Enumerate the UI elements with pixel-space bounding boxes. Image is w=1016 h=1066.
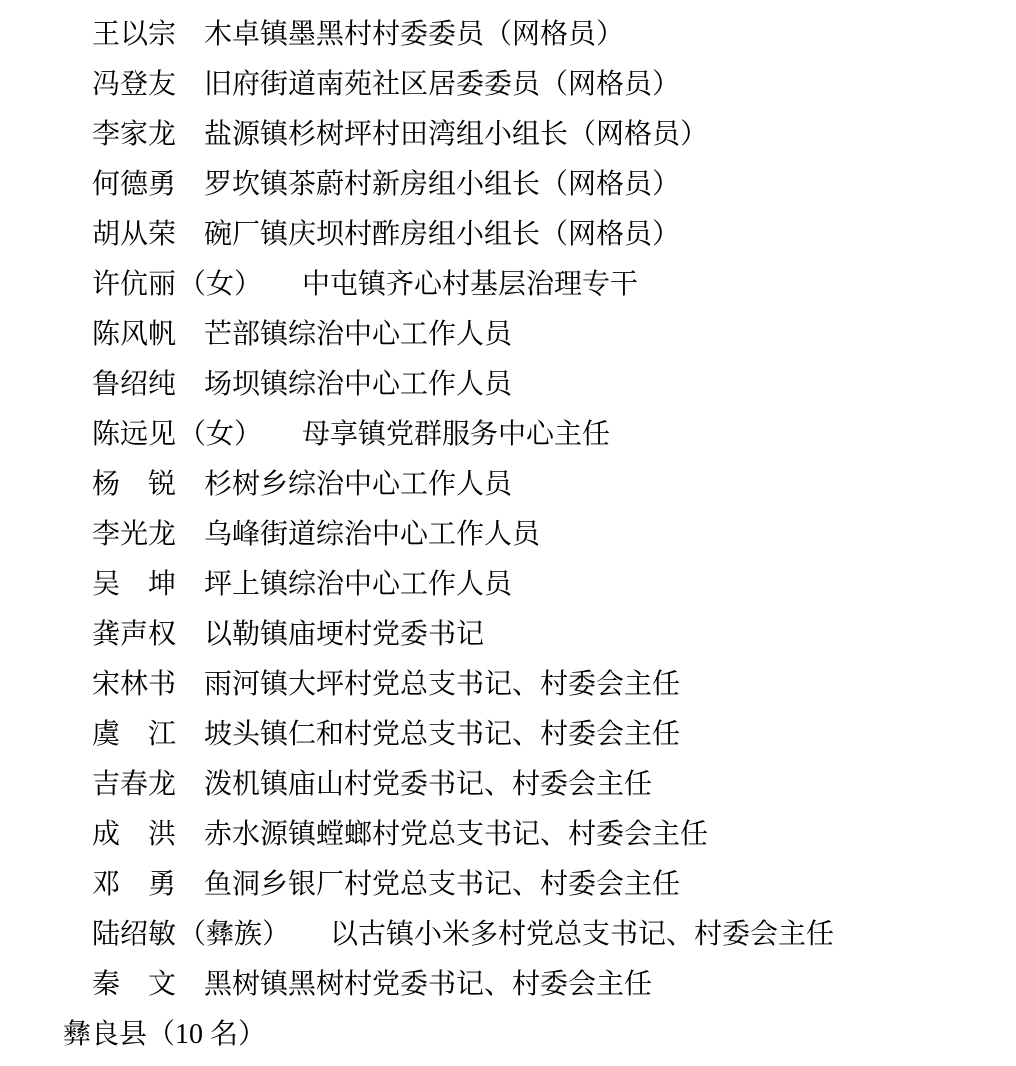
list-item: 许伉丽（女）中屯镇齐心村基层治理专干 [0,259,1016,309]
person-position: 以勒镇庙埂村党委书记 [204,619,484,650]
person-position: 碗厂镇庆坝村酢房组小组长（网格员） [204,219,680,250]
person-position: 中屯镇齐心村基层治理专干 [302,269,638,300]
list-item: 宋林书雨河镇大坪村党总支书记、村委会主任 [0,659,1016,709]
person-name: 陈远见 [92,419,178,450]
person-position: 乌峰街道综治中心工作人员 [204,519,540,550]
person-position: 坡头镇仁和村党总支书记、村委会主任 [204,719,680,750]
person-position: 母享镇党群服务中心主任 [302,419,610,450]
person-name: 龚声权 [92,619,178,650]
list-item: 龚声权以勒镇庙埂村党委书记 [0,609,1016,659]
person-name: 虞 江 [92,719,178,750]
list-item: 李家龙盐源镇杉树坪村田湾组小组长（网格员） [0,109,1016,159]
person-name: 杨 锐 [92,469,178,500]
person-name: 许伉丽 [92,269,178,300]
list-item: 冯登友旧府街道南苑社区居委委员（网格员） [0,59,1016,109]
person-position: 木卓镇墨黑村村委委员（网格员） [204,19,624,50]
person-position: 鱼洞乡银厂村党总支书记、村委会主任 [204,869,680,900]
person-note: （女） [178,419,262,450]
list-item: 秦 文黑树镇黑树村党委书记、村委会主任 [0,959,1016,1009]
list-item: 杨 锐杉树乡综治中心工作人员 [0,459,1016,509]
list-item: 鲁绍纯场坝镇综治中心工作人员 [0,359,1016,409]
list-item: 陈风帆芒部镇综治中心工作人员 [0,309,1016,359]
person-position: 以古镇小米多村党总支书记、村委会主任 [330,919,834,950]
person-position: 芒部镇综治中心工作人员 [204,319,512,350]
person-position: 赤水源镇螳螂村党总支书记、村委会主任 [204,819,708,850]
person-name: 陆绍敏 [92,919,178,950]
person-name: 秦 文 [92,969,178,1000]
list-item: 王以宗木卓镇墨黑村村委委员（网格员） [0,9,1016,59]
person-position: 旧府街道南苑社区居委委员（网格员） [204,69,680,100]
person-note: （女） [178,269,262,300]
list-item: 虞 江坡头镇仁和村党总支书记、村委会主任 [0,709,1016,759]
county-heading: 彝良县（10 名） [0,1019,1016,1051]
list-item: 陈远见（女）母享镇党群服务中心主任 [0,409,1016,459]
person-name: 王以宗 [92,19,178,50]
person-position: 雨河镇大坪村党总支书记、村委会主任 [204,669,680,700]
person-name: 冯登友 [92,69,178,100]
list-item: 陆绍敏（彝族）以古镇小米多村党总支书记、村委会主任 [0,909,1016,959]
person-name: 李家龙 [92,119,178,150]
list-item: 何德勇罗坎镇茶蔚村新房组小组长（网格员） [0,159,1016,209]
list-item: 胡从荣碗厂镇庆坝村酢房组小组长（网格员） [0,209,1016,259]
person-position: 盐源镇杉树坪村田湾组小组长（网格员） [204,119,708,150]
person-name: 鲁绍纯 [92,369,178,400]
list-item: 李光龙乌峰街道综治中心工作人员 [0,509,1016,559]
person-name: 何德勇 [92,169,178,200]
person-name: 胡从荣 [92,219,178,250]
person-name: 李光龙 [92,519,178,550]
person-note: （彝族） [178,919,290,950]
person-list: 王以宗木卓镇墨黑村村委委员（网格员）冯登友旧府街道南苑社区居委委员（网格员）李家… [0,9,1016,1009]
person-position: 黑树镇黑树村党委书记、村委会主任 [204,969,652,1000]
person-name: 陈风帆 [92,319,178,350]
person-name: 成 洪 [92,819,178,850]
list-item: 吉春龙泼机镇庙山村党委书记、村委会主任 [0,759,1016,809]
list-item: 成 洪赤水源镇螳螂村党总支书记、村委会主任 [0,809,1016,859]
list-item: 邓 勇鱼洞乡银厂村党总支书记、村委会主任 [0,859,1016,909]
person-name: 邓 勇 [92,869,178,900]
person-name: 吴 坤 [92,569,178,600]
person-position: 杉树乡综治中心工作人员 [204,469,512,500]
person-position: 泼机镇庙山村党委书记、村委会主任 [204,769,652,800]
person-name: 吉春龙 [92,769,178,800]
document-page: 王以宗木卓镇墨黑村村委委员（网格员）冯登友旧府街道南苑社区居委委员（网格员）李家… [0,0,1016,1066]
list-item: 吴 坤坪上镇综治中心工作人员 [0,559,1016,609]
person-position: 罗坎镇茶蔚村新房组小组长（网格员） [204,169,680,200]
person-position: 场坝镇综治中心工作人员 [204,369,512,400]
person-position: 坪上镇综治中心工作人员 [204,569,512,600]
person-name: 宋林书 [92,669,178,700]
